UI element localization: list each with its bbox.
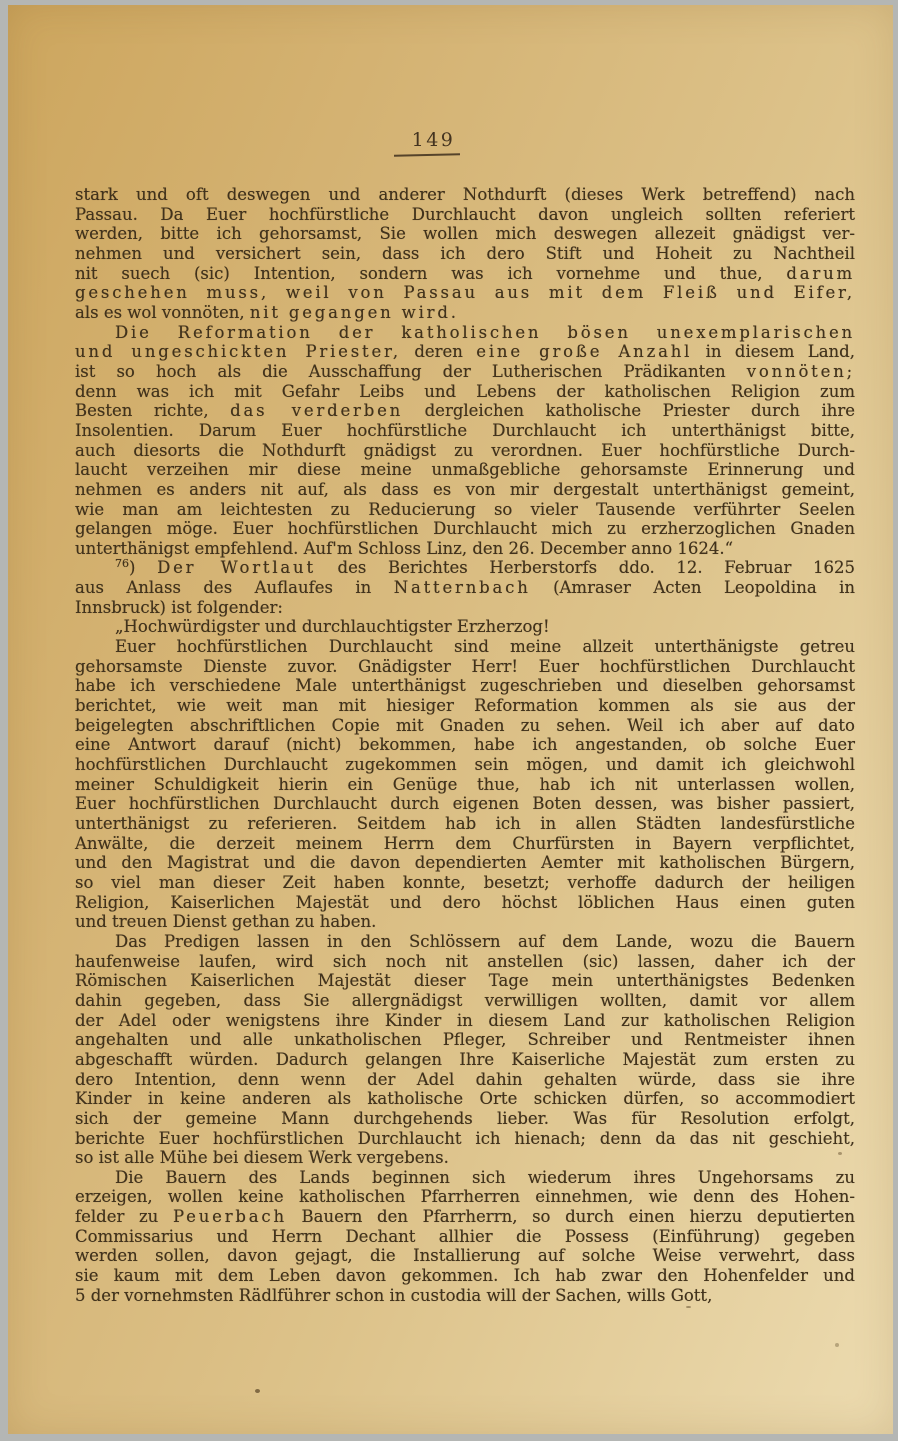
text-segment: dero Intention, denn wenn der Adel dahin… (75, 1070, 855, 1089)
text-segment: ist so hoch als die Ausschaffung der Lut… (75, 362, 747, 381)
text-line: habe ich verschiedene Male unterthänigst… (75, 676, 855, 696)
text-line: Passau. Da Euer hochfürstliche Durchlauc… (75, 205, 855, 225)
text-line: Die Reformation der katholischen bösen u… (75, 323, 855, 343)
text-segment: so ist alle Mühe bei diesem Werk vergebe… (75, 1148, 449, 1167)
paragraph: Die Reformation der katholischen bösen u… (75, 323, 855, 559)
paragraph: 76) Der Wortlaut des Berichtes Herbersto… (75, 558, 855, 617)
text-segment: als es wol vonnöten, (75, 303, 250, 322)
page-header: 149 (0, 130, 876, 156)
text-line: Euer hochfürstlichen Durchlaucht sind me… (75, 637, 855, 657)
text-segment: angehalten und alle unkatholischen Pfleg… (75, 1030, 855, 1049)
text-line: werden, bitte ich gehorsamst, Sie wollen… (75, 224, 855, 244)
paragraph: „Hochwürdigster und durchlauchtigster Er… (75, 617, 855, 637)
text-segment: und treuen Dienst gethan zu haben. (75, 912, 376, 931)
text-line: unterthänigst empfehlend. Auf'm Schloss … (75, 539, 855, 559)
text-segment: denn was ich mit Gefahr Leibs und Lebens… (75, 382, 855, 401)
text-line: wie man am leichtesten zu Reducierung so… (75, 500, 855, 520)
text-segment: so viel man dieser Zeit haben konnte, be… (75, 873, 855, 892)
text-line: Römischen Kaiserlichen Majestät dieser T… (75, 971, 855, 991)
text-segment: Euer hochfürstlichen Durchlaucht durch e… (75, 794, 855, 813)
footnote-marker: 76 (115, 557, 129, 570)
text-segment: deren (401, 342, 476, 361)
text-segment: unterthänigst empfehlend. Auf'm Schloss … (75, 539, 733, 558)
paragraph: Die Bauern des Lands beginnen sich wiede… (75, 1168, 855, 1306)
paper-speck (255, 1389, 260, 1393)
text-line: gehorsamste Dienste zuvor. Gnädigster He… (75, 657, 855, 677)
text-segment: ) (129, 558, 157, 577)
text-segment: meiner Schuldigkeit hierin ein Genüge th… (75, 775, 855, 794)
text-segment: das verderben (230, 401, 403, 420)
text-line: felder zu Peuerbach Bauern den Pfarrherr… (75, 1207, 855, 1227)
text-line: beigelegten abschriftlichen Copie mit Gn… (75, 716, 855, 736)
text-line: ist so hoch als die Ausschaffung der Lut… (75, 362, 855, 382)
text-line: unterthänigst zu referieren. Seitdem hab… (75, 814, 855, 834)
text-segment: gelangen möge. Euer hochfürstlichen Durc… (75, 519, 855, 538)
text-line: Kinder in keine anderen als katholische … (75, 1089, 855, 1109)
text-segment: Besten richte, (75, 401, 230, 420)
text-segment: Die Reformation der katholischen bösen u… (115, 323, 855, 342)
text-segment: unterthänigst zu referieren. Seitdem hab… (75, 814, 855, 833)
text-segment: Peuerbach (173, 1207, 287, 1226)
text-segment: sich der gemeine Mann durchgehends liebe… (75, 1109, 855, 1128)
text-segment: Passau. Da Euer hochfürstliche Durchlauc… (75, 205, 855, 224)
text-line: meiner Schuldigkeit hierin ein Genüge th… (75, 775, 855, 795)
scan-background: { "page": { "number": "149", "paragraphs… (0, 0, 898, 1441)
text-segment: vonnöten; (747, 362, 855, 381)
text-line: Religion, Kaiserlichen Majestät und dero… (75, 893, 855, 913)
text-segment: Religion, Kaiserlichen Majestät und dero… (75, 893, 855, 912)
text-segment: dahin gegeben, dass Sie allergnädigst ve… (75, 991, 855, 1010)
text-line: Die Bauern des Lands beginnen sich wiede… (75, 1168, 855, 1188)
text-segment: werden sollen, davon gejagt, die Install… (75, 1246, 855, 1265)
text-segment: nehmen und versichert sein, dass ich der… (75, 244, 855, 263)
text-segment: hochfürstlichen Durchlaucht zugekommen s… (75, 755, 855, 774)
text-segment: der Adel oder wenigstens ihre Kinder in … (75, 1011, 855, 1030)
text-line: werden sollen, davon gejagt, die Install… (75, 1246, 855, 1266)
text-segment: stark und oft deswegen und anderer Nothd… (75, 185, 855, 204)
text-line: auch diesorts die Nothdurft gnädigst zu … (75, 441, 855, 461)
text-line: Commissarius und Herrn Dechant allhier d… (75, 1227, 855, 1247)
text-segment: berichtet, wie weit man mit hiesiger Ref… (75, 696, 855, 715)
paper-speck (835, 1343, 839, 1347)
text-segment: nehmen es anders nit auf, als dass es vo… (75, 480, 855, 499)
text-segment: Die Bauern des Lands beginnen sich wiede… (115, 1168, 855, 1187)
text-line: nehmen und versichert sein, dass ich der… (75, 244, 855, 264)
text-line: und treuen Dienst gethan zu haben. (75, 912, 855, 932)
text-line: gelangen möge. Euer hochfürstlichen Durc… (75, 519, 855, 539)
text-line: nehmen es anders nit auf, als dass es vo… (75, 480, 855, 500)
text-line: 76) Der Wortlaut des Berichtes Herbersto… (75, 558, 855, 578)
text-segment: erzeigen, wollen keine katholischen Pfar… (75, 1187, 855, 1206)
text-segment: wie man am leichtesten zu Reducierung so… (75, 500, 855, 519)
text-segment: Natternbach (394, 578, 531, 597)
text-segment: Commissarius und Herrn Dechant allhier d… (75, 1227, 855, 1246)
text-line: der Adel oder wenigstens ihre Kinder in … (75, 1011, 855, 1031)
text-line: abgeschafft würden. Dadurch gelangen Ihr… (75, 1050, 855, 1070)
text-segment: und ungeschickten Priester, (75, 342, 401, 361)
text-segment: Insolentien. Darum Euer hochfürstliche D… (75, 421, 855, 440)
text-line: hochfürstlichen Durchlaucht zugekommen s… (75, 755, 855, 775)
text-line: nit suech (sic) Intention, sondern was i… (75, 264, 855, 284)
text-segment: berichte Euer hochfürstlichen Durchlauch… (75, 1129, 855, 1148)
text-line: Insolentien. Darum Euer hochfürstliche D… (75, 421, 855, 441)
text-line: als es wol vonnöten, nit gegangen wird. (75, 303, 855, 323)
text-segment: Anwälte, die derzeit meinem Herrn dem Ch… (75, 834, 855, 853)
text-segment: auch diesorts die Nothdurft gnädigst zu … (75, 441, 855, 460)
text-segment: sie kaum mit dem Leben davon gekommen. I… (75, 1266, 855, 1285)
text-segment: des Berichtes Herberstorfs ddo. 12. Febr… (316, 558, 855, 577)
text-line: dero Intention, denn wenn der Adel dahin… (75, 1070, 855, 1090)
book-page: 149 stark und oft deswegen und anderer N… (8, 5, 893, 1434)
text-segment: und den Magistrat und die davon dependie… (75, 853, 855, 872)
paragraph: stark und oft deswegen und anderer Nothd… (75, 185, 855, 323)
text-line: eine Antwort darauf (nicht) bekommen, ha… (75, 735, 855, 755)
text-segment: darum (786, 264, 855, 283)
text-line: und den Magistrat und die davon dependie… (75, 853, 855, 873)
text-segment: gehorsamste Dienste zuvor. Gnädigster He… (75, 657, 855, 676)
text-line: Das Predigen lassen in den Schlössern au… (75, 932, 855, 952)
paper-speck (838, 1152, 842, 1155)
text-line: sich der gemeine Mann durchgehends liebe… (75, 1109, 855, 1129)
text-line: berichte Euer hochfürstlichen Durchlauch… (75, 1129, 855, 1149)
text-line: so ist alle Mühe bei diesem Werk vergebe… (75, 1148, 855, 1168)
text-segment: dergleichen katholische Priester durch i… (403, 401, 855, 420)
paper-speck (686, 1306, 691, 1308)
text-line: und ungeschickten Priester, deren eine g… (75, 342, 855, 362)
text-line: haufenweise laufen, wird sich noch nit a… (75, 952, 855, 972)
text-line: Anwälte, die derzeit meinem Herrn dem Ch… (75, 834, 855, 854)
text-line: Euer hochfürstlichen Durchlaucht durch e… (75, 794, 855, 814)
text-line: so viel man dieser Zeit haben konnte, be… (75, 873, 855, 893)
text-segment: nit gegangen wird. (250, 303, 459, 322)
text-segment: Kinder in keine anderen als katholische … (75, 1089, 855, 1108)
text-segment: (Amraser Acten Leopoldina in (531, 578, 855, 597)
text-line: sie kaum mit dem Leben davon gekommen. I… (75, 1266, 855, 1286)
text-line: Besten richte, das verderben dergleichen… (75, 401, 855, 421)
text-segment: Euer hochfürstlichen Durchlaucht sind me… (115, 637, 855, 656)
text-line: „Hochwürdigster und durchlauchtigster Er… (75, 617, 855, 637)
text-segment: felder zu (75, 1207, 173, 1226)
text-line: 5 der vornehmsten Rädlführer schon in cu… (75, 1286, 855, 1306)
text-segment: haufenweise laufen, wird sich noch nit a… (75, 952, 855, 971)
text-segment: werden, bitte ich gehorsamst, Sie wollen… (75, 224, 855, 243)
text-segment: abgeschafft würden. Dadurch gelangen Ihr… (75, 1050, 855, 1069)
text-line: laucht verzeihen mir diese meine unmaßge… (75, 460, 855, 480)
text-segment: in diesem Land, (692, 342, 855, 361)
text-segment: beigelegten abschriftlichen Copie mit Gn… (75, 716, 855, 735)
text-segment: aus Anlass des Auflaufes in (75, 578, 394, 597)
text-segment: Das Predigen lassen in den Schlössern au… (115, 932, 855, 951)
text-line: denn was ich mit Gefahr Leibs und Lebens… (75, 382, 855, 402)
text-segment: Bauern den Pfarrherrn, so durch einen hi… (287, 1207, 855, 1226)
paragraph: Euer hochfürstlichen Durchlaucht sind me… (75, 637, 855, 932)
text-segment: laucht verzeihen mir diese meine unmaßge… (75, 460, 855, 479)
text-line: Innsbruck) ist folgender: (75, 598, 855, 618)
page-text: stark und oft deswegen und anderer Nothd… (75, 185, 855, 1305)
text-line: angehalten und alle unkatholischen Pfleg… (75, 1030, 855, 1050)
page-number-rule (393, 153, 459, 156)
text-segment: habe ich verschiedene Male unterthänigst… (75, 676, 855, 695)
text-line: aus Anlass des Auflaufes in Natternbach … (75, 578, 855, 598)
text-segment: „Hochwürdigster und durchlauchtigster Er… (115, 617, 550, 636)
paragraph: Das Predigen lassen in den Schlössern au… (75, 932, 855, 1168)
text-segment: nit suech (sic) Intention, sondern was i… (75, 264, 786, 283)
text-segment: 5 der vornehmsten Rädlführer schon in cu… (75, 1286, 712, 1305)
text-line: erzeigen, wollen keine katholischen Pfar… (75, 1187, 855, 1207)
text-segment: eine Antwort darauf (nicht) bekommen, ha… (75, 735, 855, 754)
page-number: 149 (412, 130, 456, 150)
text-segment: Innsbruck) ist folgender: (75, 598, 283, 617)
text-segment: Römischen Kaiserlichen Majestät dieser T… (75, 971, 855, 990)
text-segment: geschehen muss, weil von Passau aus mit … (75, 283, 855, 302)
text-line: berichtet, wie weit man mit hiesiger Ref… (75, 696, 855, 716)
text-segment: eine große Anzahl (476, 342, 692, 361)
text-line: geschehen muss, weil von Passau aus mit … (75, 283, 855, 303)
text-line: dahin gegeben, dass Sie allergnädigst ve… (75, 991, 855, 1011)
text-segment: Der Wortlaut (157, 558, 316, 577)
text-line: stark und oft deswegen und anderer Nothd… (75, 185, 855, 205)
